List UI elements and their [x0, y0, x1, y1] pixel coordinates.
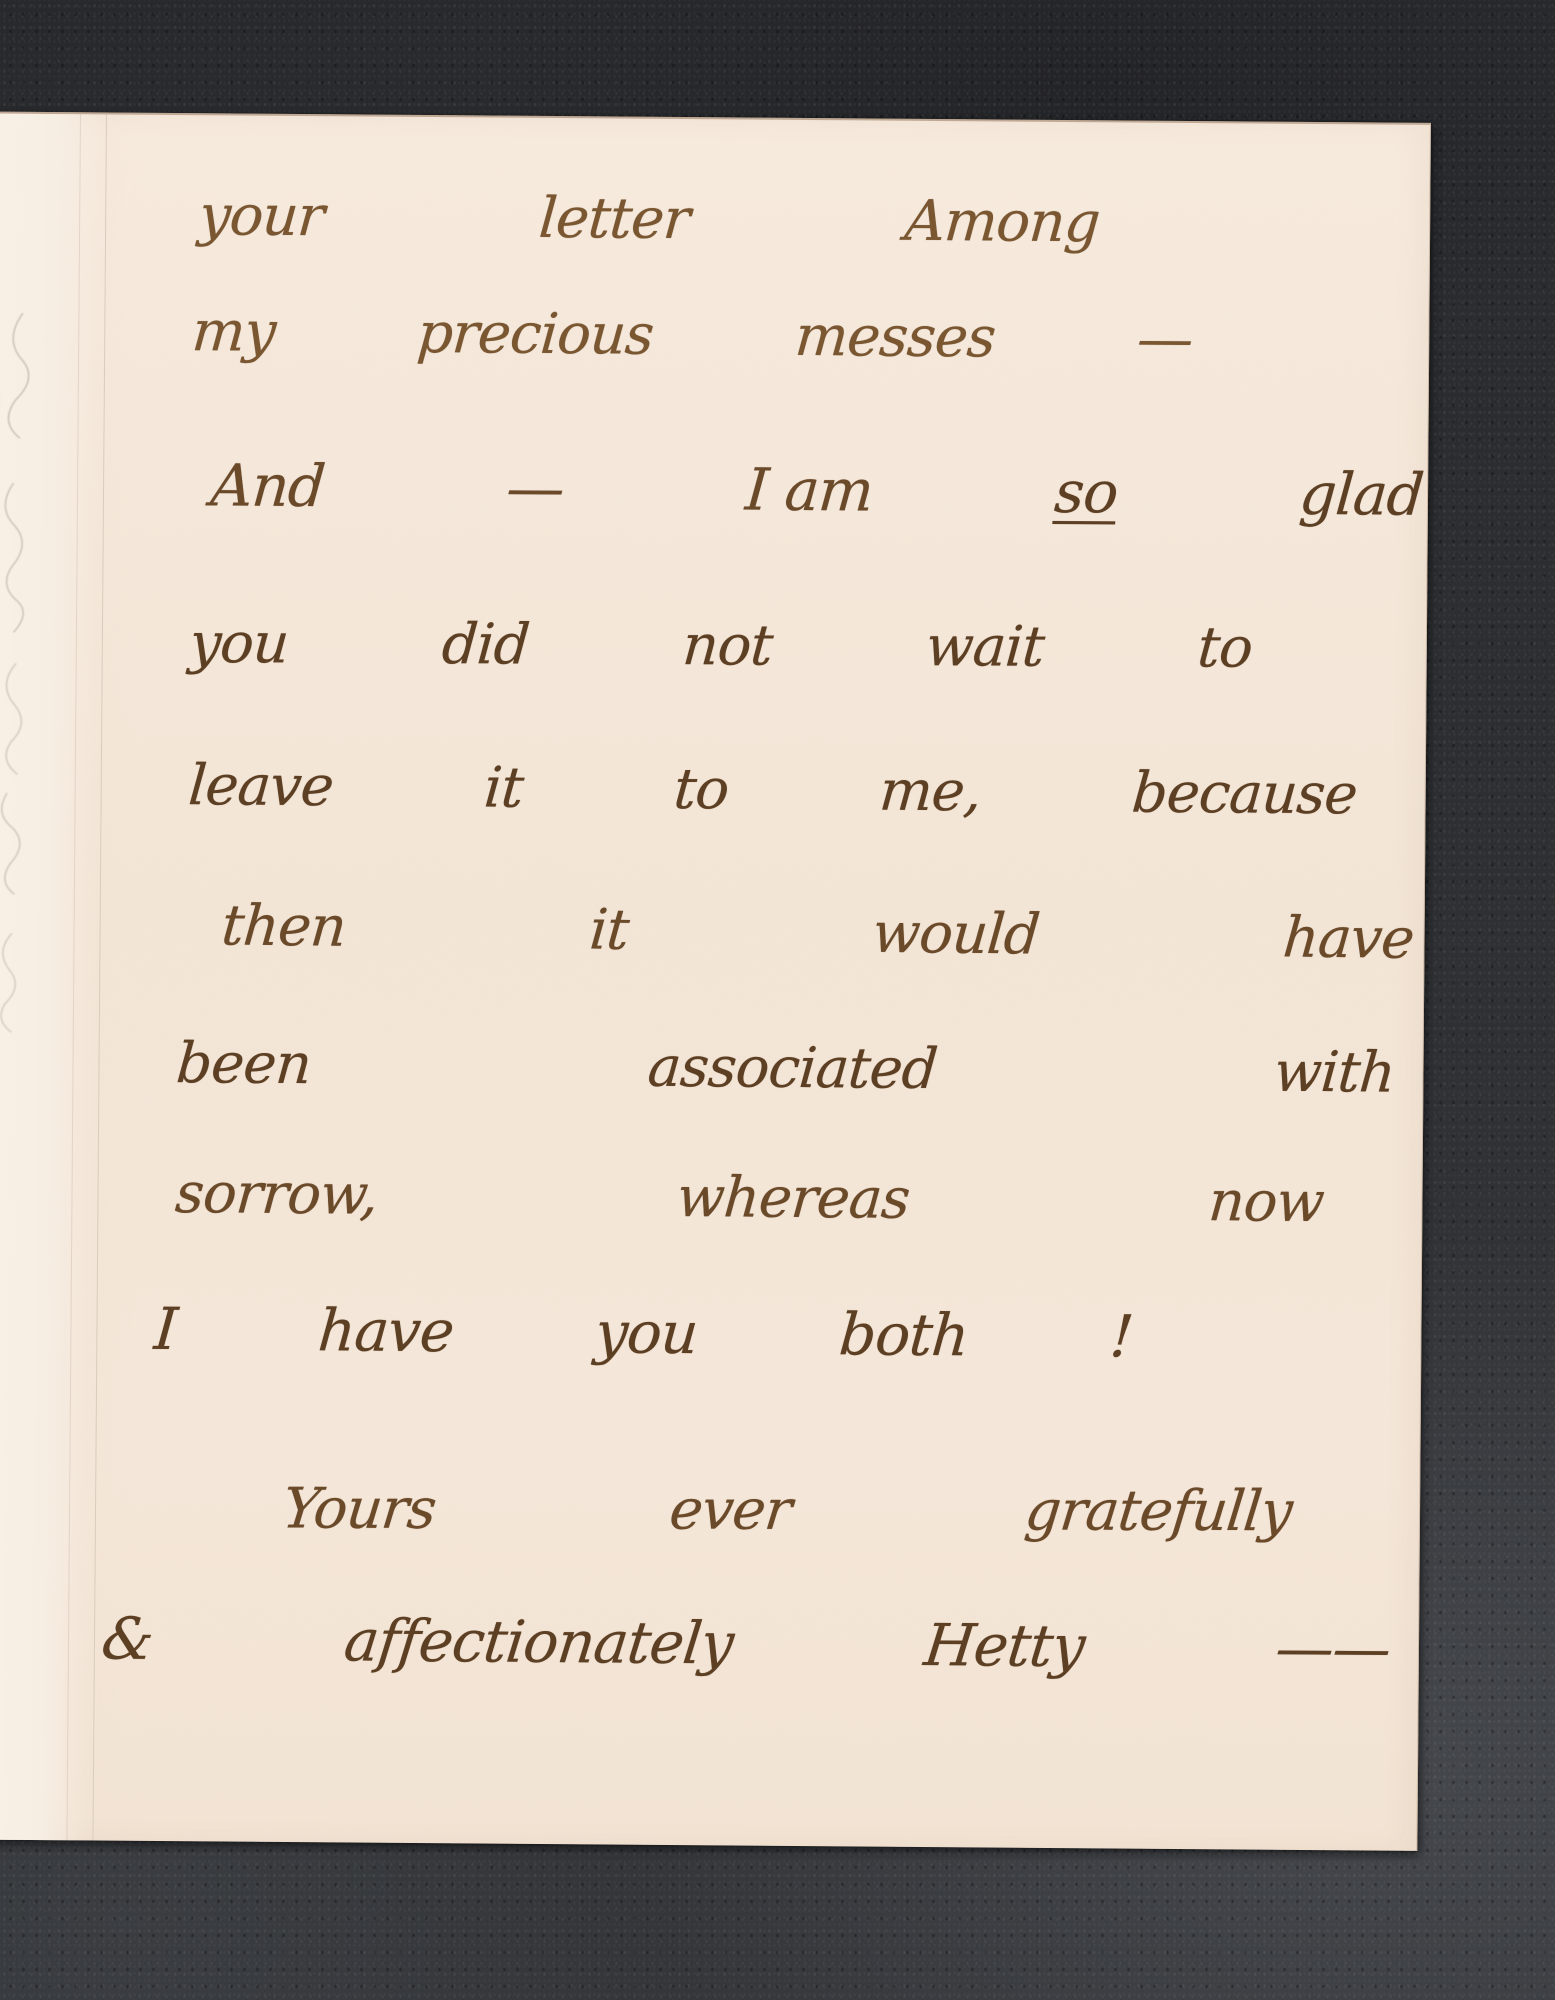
- word-i-am: I am: [743, 458, 875, 524]
- handwriting-line-6: then it would have: [219, 895, 1416, 971]
- signature-line: & affectionately Hetty ——: [98, 1607, 1393, 1682]
- word-glad: glad: [1297, 462, 1425, 528]
- photographed-letter-scene: your letter Among my precious messes — A…: [0, 0, 1555, 2000]
- letter-sheet: your letter Among my precious messes — A…: [0, 111, 1431, 1850]
- handwriting-line-2: my precious messes —: [190, 301, 1195, 372]
- handwriting-line-3: And — I am so glad: [209, 453, 1426, 527]
- handwriting-line-9: I have you both !: [152, 1297, 1135, 1370]
- handwriting-line-1: your letter Among: [197, 185, 1102, 255]
- handwriting-line-8: sorrow, whereas now: [173, 1163, 1326, 1235]
- handwriting-line-7: been associated with: [174, 1033, 1397, 1105]
- word-so-underlined: so: [1052, 460, 1120, 525]
- handwriting-line-5: leave it to me, because: [186, 755, 1359, 827]
- closing-line: Yours ever gratefully: [279, 1479, 1294, 1544]
- left-margin-pencil-inscription: [0, 274, 61, 1095]
- word-and: And: [209, 453, 327, 519]
- word-dash: —: [504, 456, 566, 521]
- handwriting-line-4: you did not wait to: [187, 613, 1254, 680]
